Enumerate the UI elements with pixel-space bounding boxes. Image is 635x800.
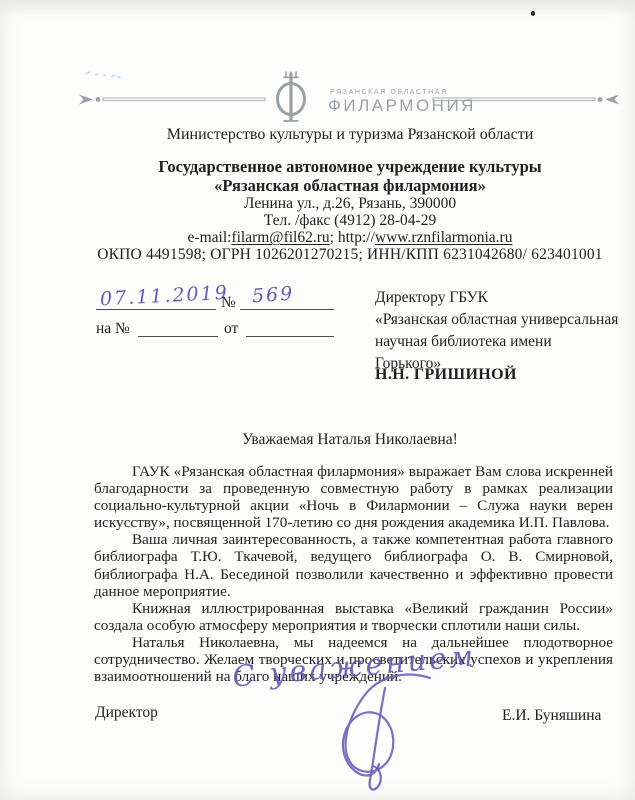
org-name-line1: Государственное автономное учреждение ку… xyxy=(80,157,620,177)
reply-number-blank-line xyxy=(138,336,218,337)
recipient-line: «Рязанская областная универсальная xyxy=(375,309,621,331)
pencil-mark-artifact xyxy=(83,68,123,82)
org-name-line2: «Рязанская областная филармония» xyxy=(80,176,620,196)
website-address: www.rznfilarmonia.ru xyxy=(375,229,513,246)
registration-codes-line: ОКПО 4491598; ОГРН 1026201270215; ИНН/КП… xyxy=(80,246,620,264)
body-paragraph-1: ГАУК «Рязанская областная филармония» вы… xyxy=(94,463,613,531)
salutation: Уважаемая Наталья Николаевна! xyxy=(80,431,620,449)
signer-name: Е.И. Буняшина xyxy=(502,707,601,725)
number-blank-line xyxy=(240,309,334,310)
logo-name: ФИЛАРМОНИЯ xyxy=(328,96,476,116)
logo-caption: РЯЗАНСКАЯ ОБЛАСТНАЯ xyxy=(330,89,448,96)
scanned-letter-page: РЯЗАНСКАЯ ОБЛАСТНАЯ ФИЛАРМОНИЯ Министерс… xyxy=(0,0,635,800)
body-paragraph-2: Ваша личная заинтересованность, а также … xyxy=(94,531,613,599)
letterhead-ornament-left xyxy=(78,93,266,106)
phone-line: Тел. /факс (4912) 28-04-29 xyxy=(80,212,620,230)
philharmonic-logo-icon xyxy=(268,70,314,124)
recipient-line: Директору ГБУК xyxy=(375,287,621,309)
reply-date-blank-line xyxy=(246,336,334,337)
outgoing-date-handwriting: 07.11.2019 xyxy=(100,282,230,311)
recipient-block: Директору ГБУК «Рязанская областная унив… xyxy=(375,287,621,375)
body-paragraph-3: Книжная иллюстрированная выставка «Велик… xyxy=(94,600,613,634)
email-label: e-mail: xyxy=(188,229,232,246)
ministry-line: Министерство культуры и туризма Рязанско… xyxy=(80,126,620,144)
reply-to-number-label: на № xyxy=(96,320,130,338)
link-separator: ; http:// xyxy=(330,229,375,246)
scan-dot-artifact xyxy=(531,11,535,16)
date-blank-line xyxy=(96,309,216,310)
number-sign-label: № xyxy=(221,294,236,312)
signer-title: Директор xyxy=(95,704,158,722)
email-address: filarm@fil62.ru xyxy=(231,229,329,246)
recipient-name: Н.Н. ГРИШИНОЙ xyxy=(375,366,517,384)
reply-from-label: от xyxy=(224,320,238,338)
signature-flourish xyxy=(288,668,438,794)
contact-line: e-mail:filarm@fil62.ru; http://www.rznfi… xyxy=(80,229,620,247)
address-line: Ленина ул., д.26, Рязань, 390000 xyxy=(80,195,620,213)
outgoing-number-handwriting: 569 xyxy=(251,283,295,308)
